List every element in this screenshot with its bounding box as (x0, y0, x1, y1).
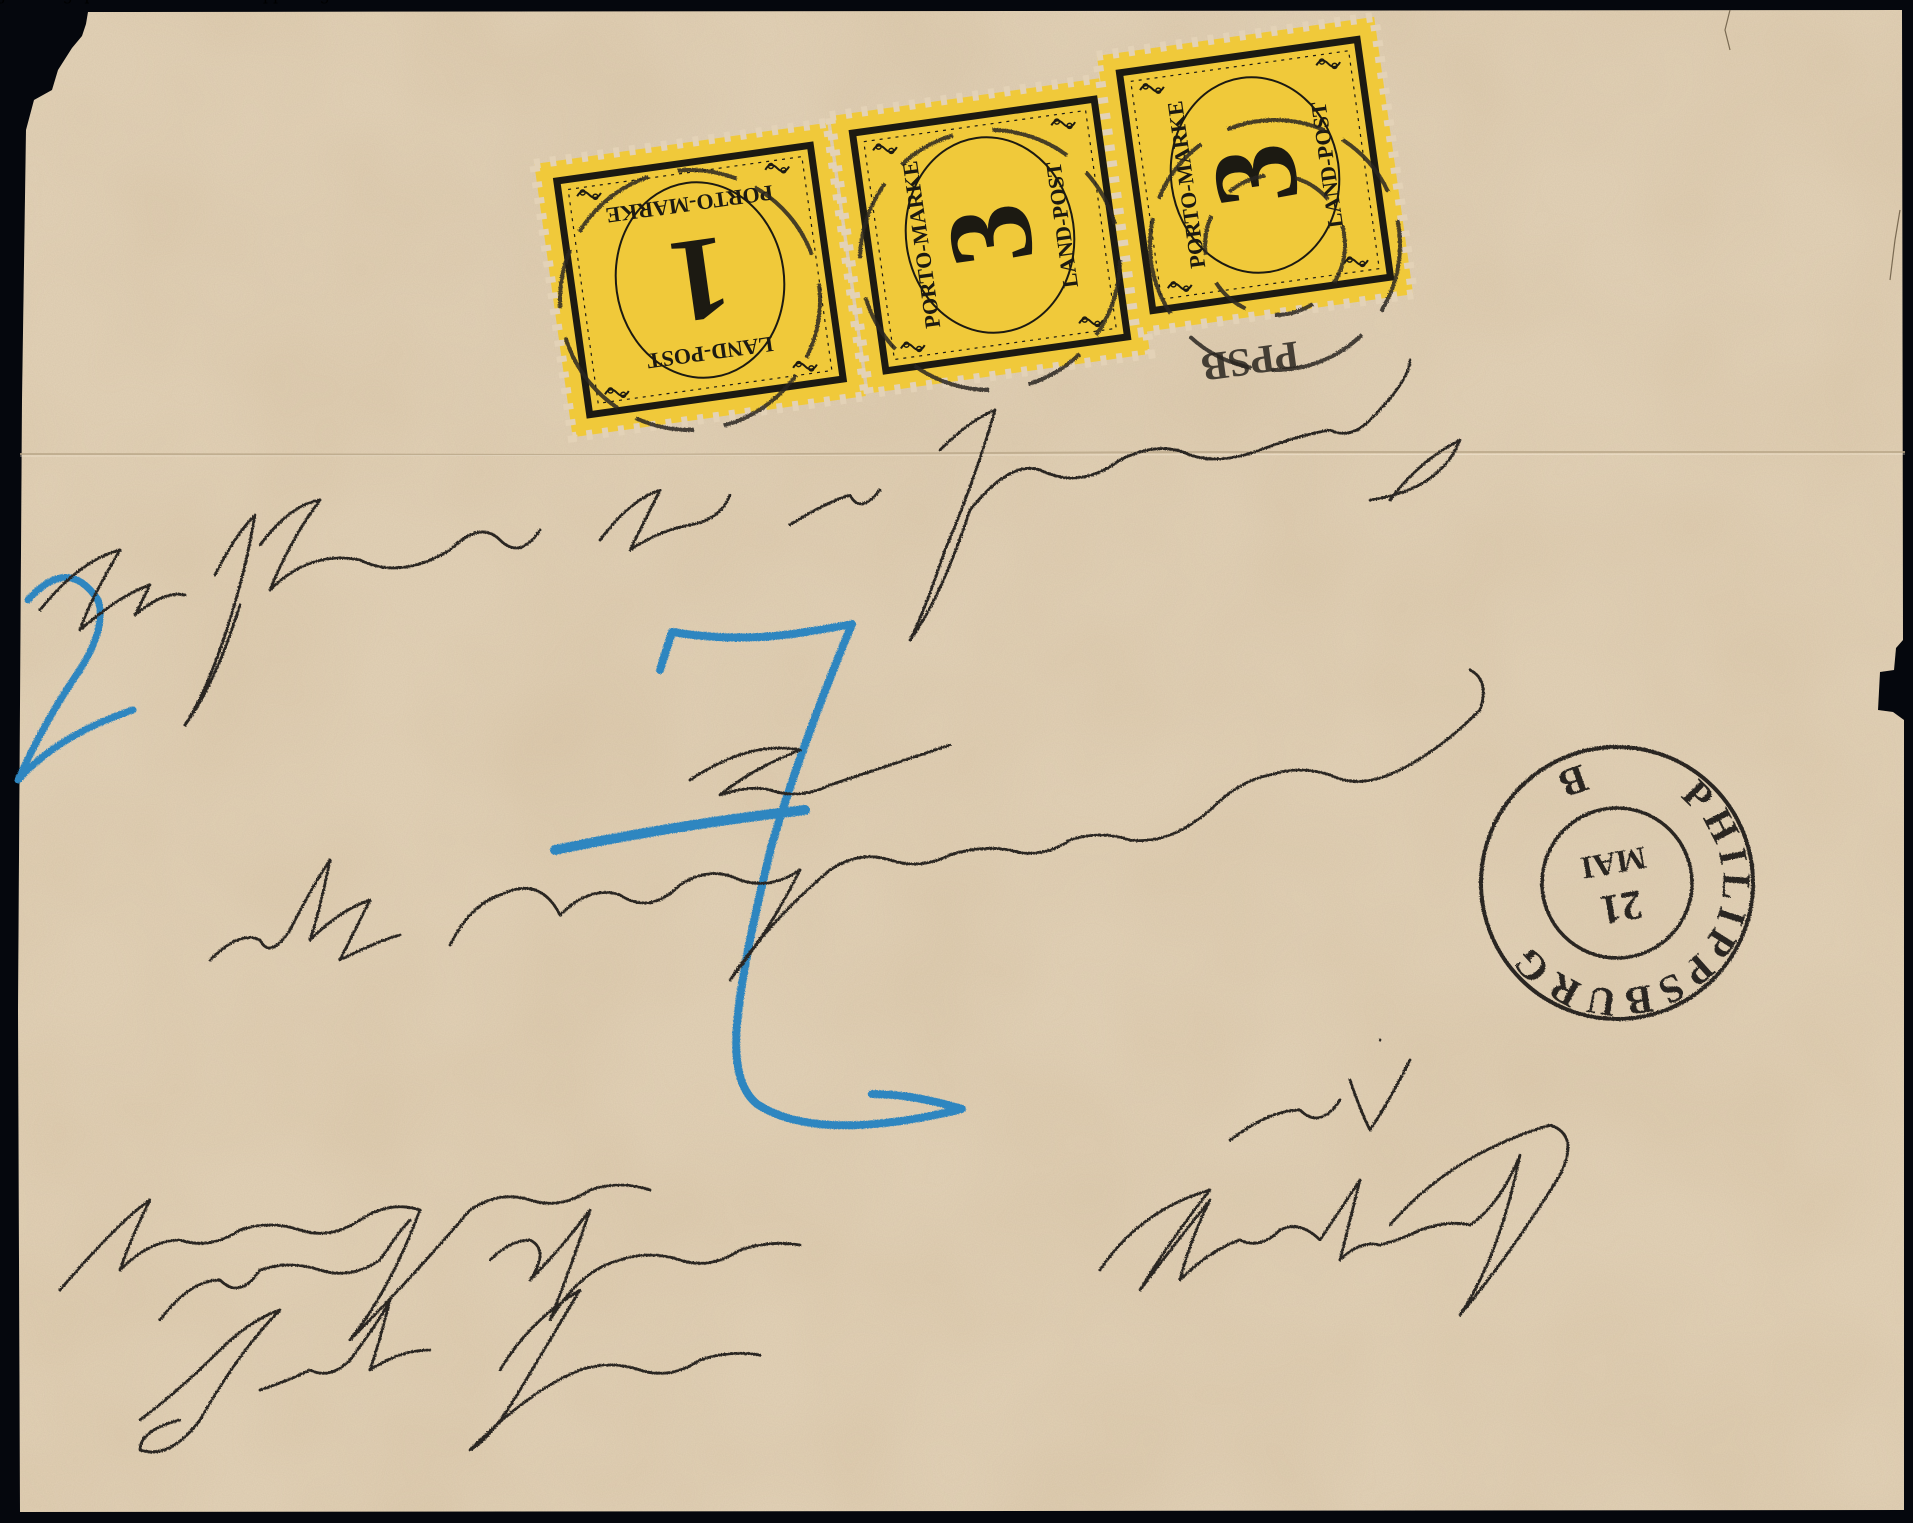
cover-paper: LAND-POST PORTO-MARKE 1 PORTO-MARKE LAND… (0, 0, 1913, 1523)
stamp-2: PORTO-MARKE LAND-POST 3 (830, 77, 1150, 394)
stamp-3: PORTO-MARKE LAND-POST 3 (1097, 17, 1413, 333)
cover-scene: LAND-POST PORTO-MARKE 1 PORTO-MARKE LAND… (0, 0, 1913, 1523)
postmark-town: PHILIPPSBURG (0, 0, 131, 4)
postmark-day: 21 (1596, 880, 1645, 933)
